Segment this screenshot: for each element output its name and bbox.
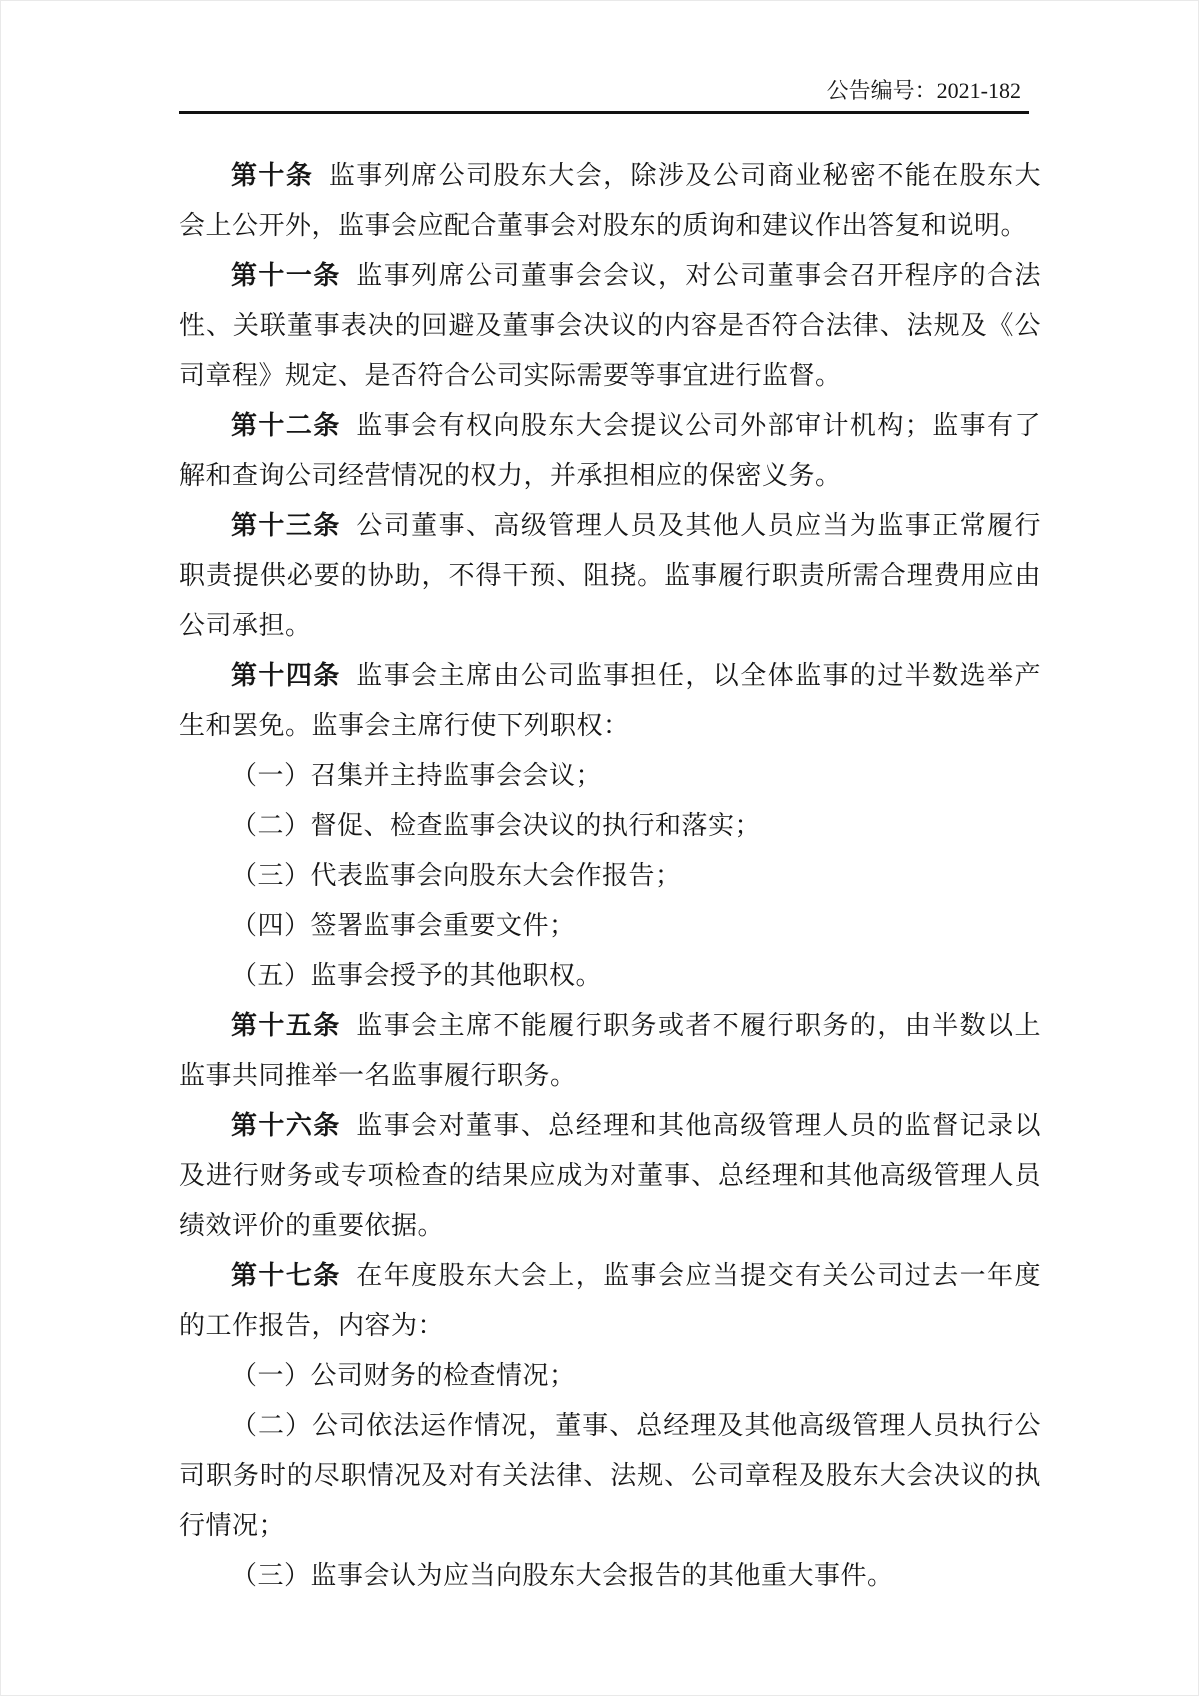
article-number: 第十条: [231, 161, 313, 190]
paragraph: 第十二条监事会有权向股东大会提议公司外部审计机构；监事有了解和查询公司经营情况的…: [179, 401, 1041, 501]
paragraph: 第十三条公司董事、高级管理人员及其他人员应当为监事正常履行职责提供必要的协助，不…: [179, 501, 1041, 651]
article-number: 第十六条: [231, 1111, 341, 1140]
paragraph: 第十条监事列席公司股东大会，除涉及公司商业秘密不能在股东大会上公开外，监事会应配…: [179, 151, 1041, 251]
paragraph: （一）召集并主持监事会会议；: [179, 751, 1041, 801]
paragraph-text: （一）公司财务的检查情况；: [231, 1361, 576, 1390]
paragraph: （三）监事会认为应当向股东大会报告的其他重大事件。: [179, 1551, 1041, 1601]
paragraph: 第十一条监事列席公司董事会会议，对公司董事会召开程序的合法性、关联董事表决的回避…: [179, 251, 1041, 401]
article-number: 第十五条: [231, 1011, 341, 1040]
paragraph-text: （二）督促、检查监事会决议的执行和落实；: [231, 811, 761, 840]
paragraph-text: （二）公司依法运作情况，董事、总经理及其他高级管理人员执行公司职务时的尽职情况及…: [179, 1411, 1041, 1540]
paragraph-text: （三）代表监事会向股东大会作报告；: [231, 861, 682, 890]
article-number: 第十四条: [231, 661, 341, 690]
document-body: 第十条监事列席公司股东大会，除涉及公司商业秘密不能在股东大会上公开外，监事会应配…: [179, 151, 1041, 1601]
document-page: 公告编号：2021-182 第十条监事列席公司股东大会，除涉及公司商业秘密不能在…: [0, 0, 1199, 1696]
article-number: 第十七条: [231, 1261, 341, 1290]
paragraph: （五）监事会授予的其他职权。: [179, 951, 1041, 1001]
page-header: 公告编号：2021-182: [179, 77, 1021, 105]
paragraph: （三）代表监事会向股东大会作报告；: [179, 851, 1041, 901]
paragraph: （二）督促、检查监事会决议的执行和落实；: [179, 801, 1041, 851]
paragraph: 第十五条监事会主席不能履行职务或者不履行职务的，由半数以上监事共同推举一名监事履…: [179, 1001, 1041, 1101]
article-number: 第十三条: [231, 511, 341, 540]
paragraph-text: （五）监事会授予的其他职权。: [231, 961, 602, 990]
article-number: 第十一条: [231, 261, 341, 290]
paragraph: （二）公司依法运作情况，董事、总经理及其他高级管理人员执行公司职务时的尽职情况及…: [179, 1401, 1041, 1551]
paragraph: 第十七条在年度股东大会上，监事会应当提交有关公司过去一年度的工作报告，内容为：: [179, 1251, 1041, 1351]
paragraph: （四）签署监事会重要文件；: [179, 901, 1041, 951]
paragraph: 第十六条监事会对董事、总经理和其他高级管理人员的监督记录以及进行财务或专项检查的…: [179, 1101, 1041, 1251]
paragraph: （一）公司财务的检查情况；: [179, 1351, 1041, 1401]
paragraph-text: （三）监事会认为应当向股东大会报告的其他重大事件。: [231, 1561, 894, 1590]
paragraph: 第十四条监事会主席由公司监事担任，以全体监事的过半数选举产生和罢免。监事会主席行…: [179, 651, 1041, 751]
paragraph-text: （一）召集并主持监事会会议；: [231, 761, 602, 790]
announcement-number: 公告编号：2021-182: [827, 78, 1021, 103]
paragraph-text: （四）签署监事会重要文件；: [231, 911, 576, 940]
article-number: 第十二条: [231, 411, 341, 440]
header-rule: [179, 111, 1029, 114]
